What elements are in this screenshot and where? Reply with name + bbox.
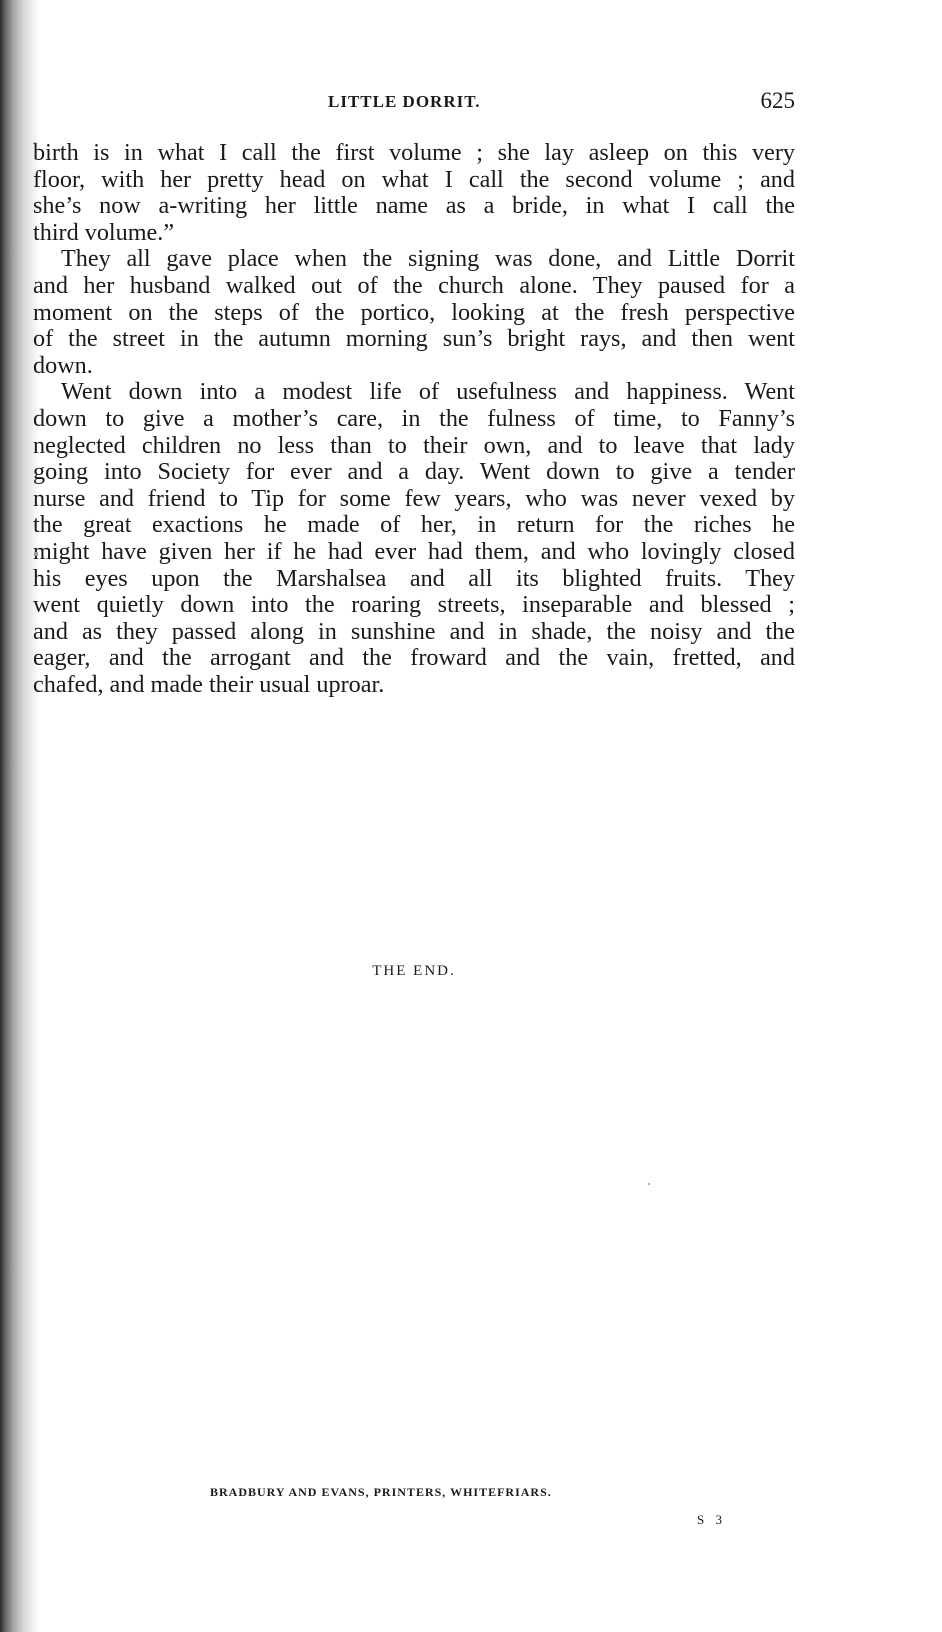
text-line: and her husband walked out of the church…	[33, 273, 795, 300]
text-line: of the street in the autumn morning sun’…	[33, 326, 795, 353]
text-line: eager, and the arrogant and the froward …	[33, 645, 795, 672]
text-line: going into Society for ever and a day. W…	[33, 459, 795, 486]
text-line: his eyes upon the Marshalsea and all its…	[33, 566, 795, 593]
running-title: LITTLE DORRIT.	[328, 92, 481, 112]
text-line: went quietly down into the roaring stree…	[33, 592, 795, 619]
page-header: LITTLE DORRIT. 625	[33, 88, 795, 118]
paragraph-3: Went down into a modest life of usefulne…	[33, 379, 795, 698]
text-line: the great exactions he made of her, in r…	[33, 512, 795, 539]
text-line: floor, with her pretty head on what I ca…	[33, 167, 795, 194]
paper-speck	[648, 1183, 650, 1185]
text-line: neglected children no less than to their…	[33, 433, 795, 460]
body-text: birth is in what I call the first volume…	[33, 140, 795, 698]
paper-speck	[34, 552, 38, 556]
text-line: moment on the steps of the portico, look…	[33, 300, 795, 327]
paragraph-2: They all gave place when the signing was…	[33, 246, 795, 379]
signature-mark: S 3	[697, 1512, 726, 1528]
the-end-label: THE END.	[0, 963, 795, 980]
text-line: nurse and friend to Tip for some few yea…	[33, 486, 795, 513]
text-line: might have given her if he had ever had …	[33, 539, 795, 566]
text-line: third volume.”	[33, 220, 795, 247]
text-line: chafed, and made their usual uproar.	[33, 672, 795, 699]
printer-imprint: BRADBURY AND EVANS, PRINTERS, WHITEFRIAR…	[210, 1485, 552, 1500]
text-line: and as they passed along in sunshine and…	[33, 619, 795, 646]
paragraph-1: birth is in what I call the first volume…	[33, 140, 795, 246]
text-line: They all gave place when the signing was…	[33, 246, 795, 273]
text-line: Went down into a modest life of usefulne…	[33, 379, 795, 406]
page-number: 625	[761, 88, 796, 114]
text-line: birth is in what I call the first volume…	[33, 140, 795, 167]
text-line: down to give a mother’s care, in the ful…	[33, 406, 795, 433]
text-line: she’s now a-writing her little name as a…	[33, 193, 795, 220]
text-line: down.	[33, 353, 795, 380]
